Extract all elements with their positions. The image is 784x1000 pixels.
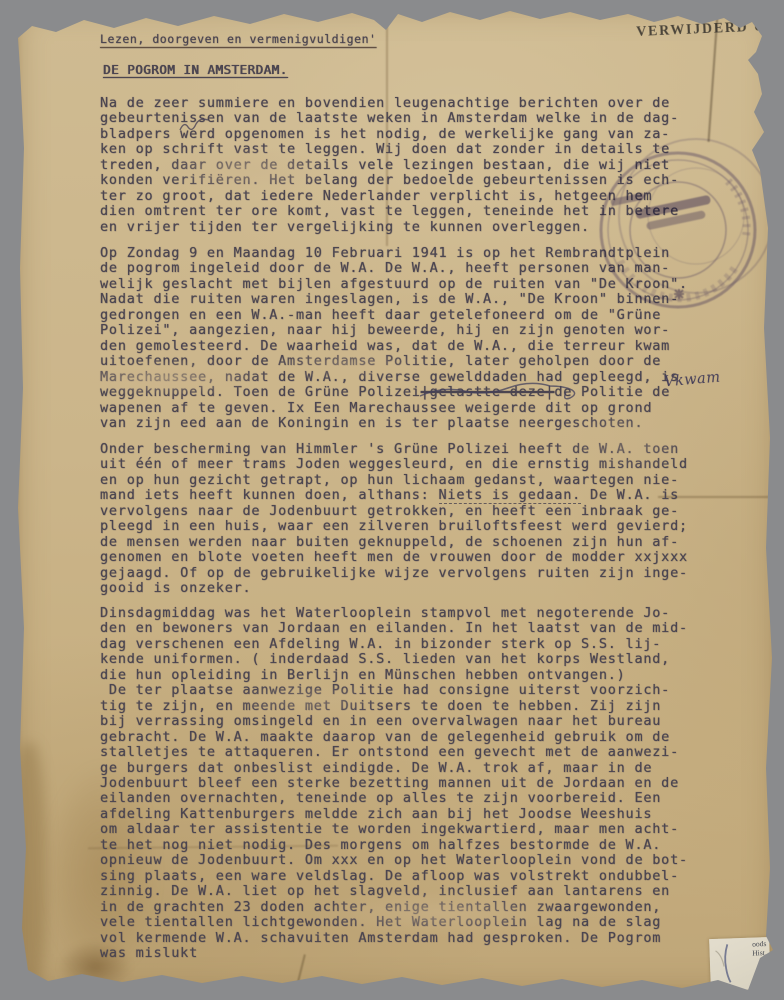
document-paper: Lezen, doorgeven en vermenigvuldigen' DE… bbox=[18, 8, 774, 990]
verwijderd-uit-stamp: VERWIJDERD UIT: bbox=[636, 17, 784, 41]
round-ink-stamp bbox=[578, 126, 778, 326]
strikethrough-correction: |gelastte deze| bbox=[421, 384, 555, 400]
scan-background: Lezen, doorgeven en vermenigvuldigen' DE… bbox=[0, 0, 784, 1000]
underlined-phrase: Niets is gedaan. bbox=[439, 487, 582, 504]
circulation-instruction: Lezen, doorgeven en vermenigvuldigen' bbox=[100, 32, 377, 46]
paragraph-3: Onder bescherming van Himmler 's Grüne P… bbox=[100, 442, 720, 597]
paper-stain-edge bbox=[12, 743, 46, 1000]
paragraph-3-text: De W.A. is vervolgens naar de Jodenbuurt… bbox=[100, 487, 688, 596]
paragraph-4: Dinsdagmiddag was het Waterlooplein stam… bbox=[100, 606, 720, 961]
archive-label: oods Hist. us. ods Hist. bbox=[709, 937, 771, 991]
handwritten-label-mark bbox=[711, 940, 741, 987]
document-title: DE POGROM IN AMSTERDAM. bbox=[103, 62, 288, 77]
